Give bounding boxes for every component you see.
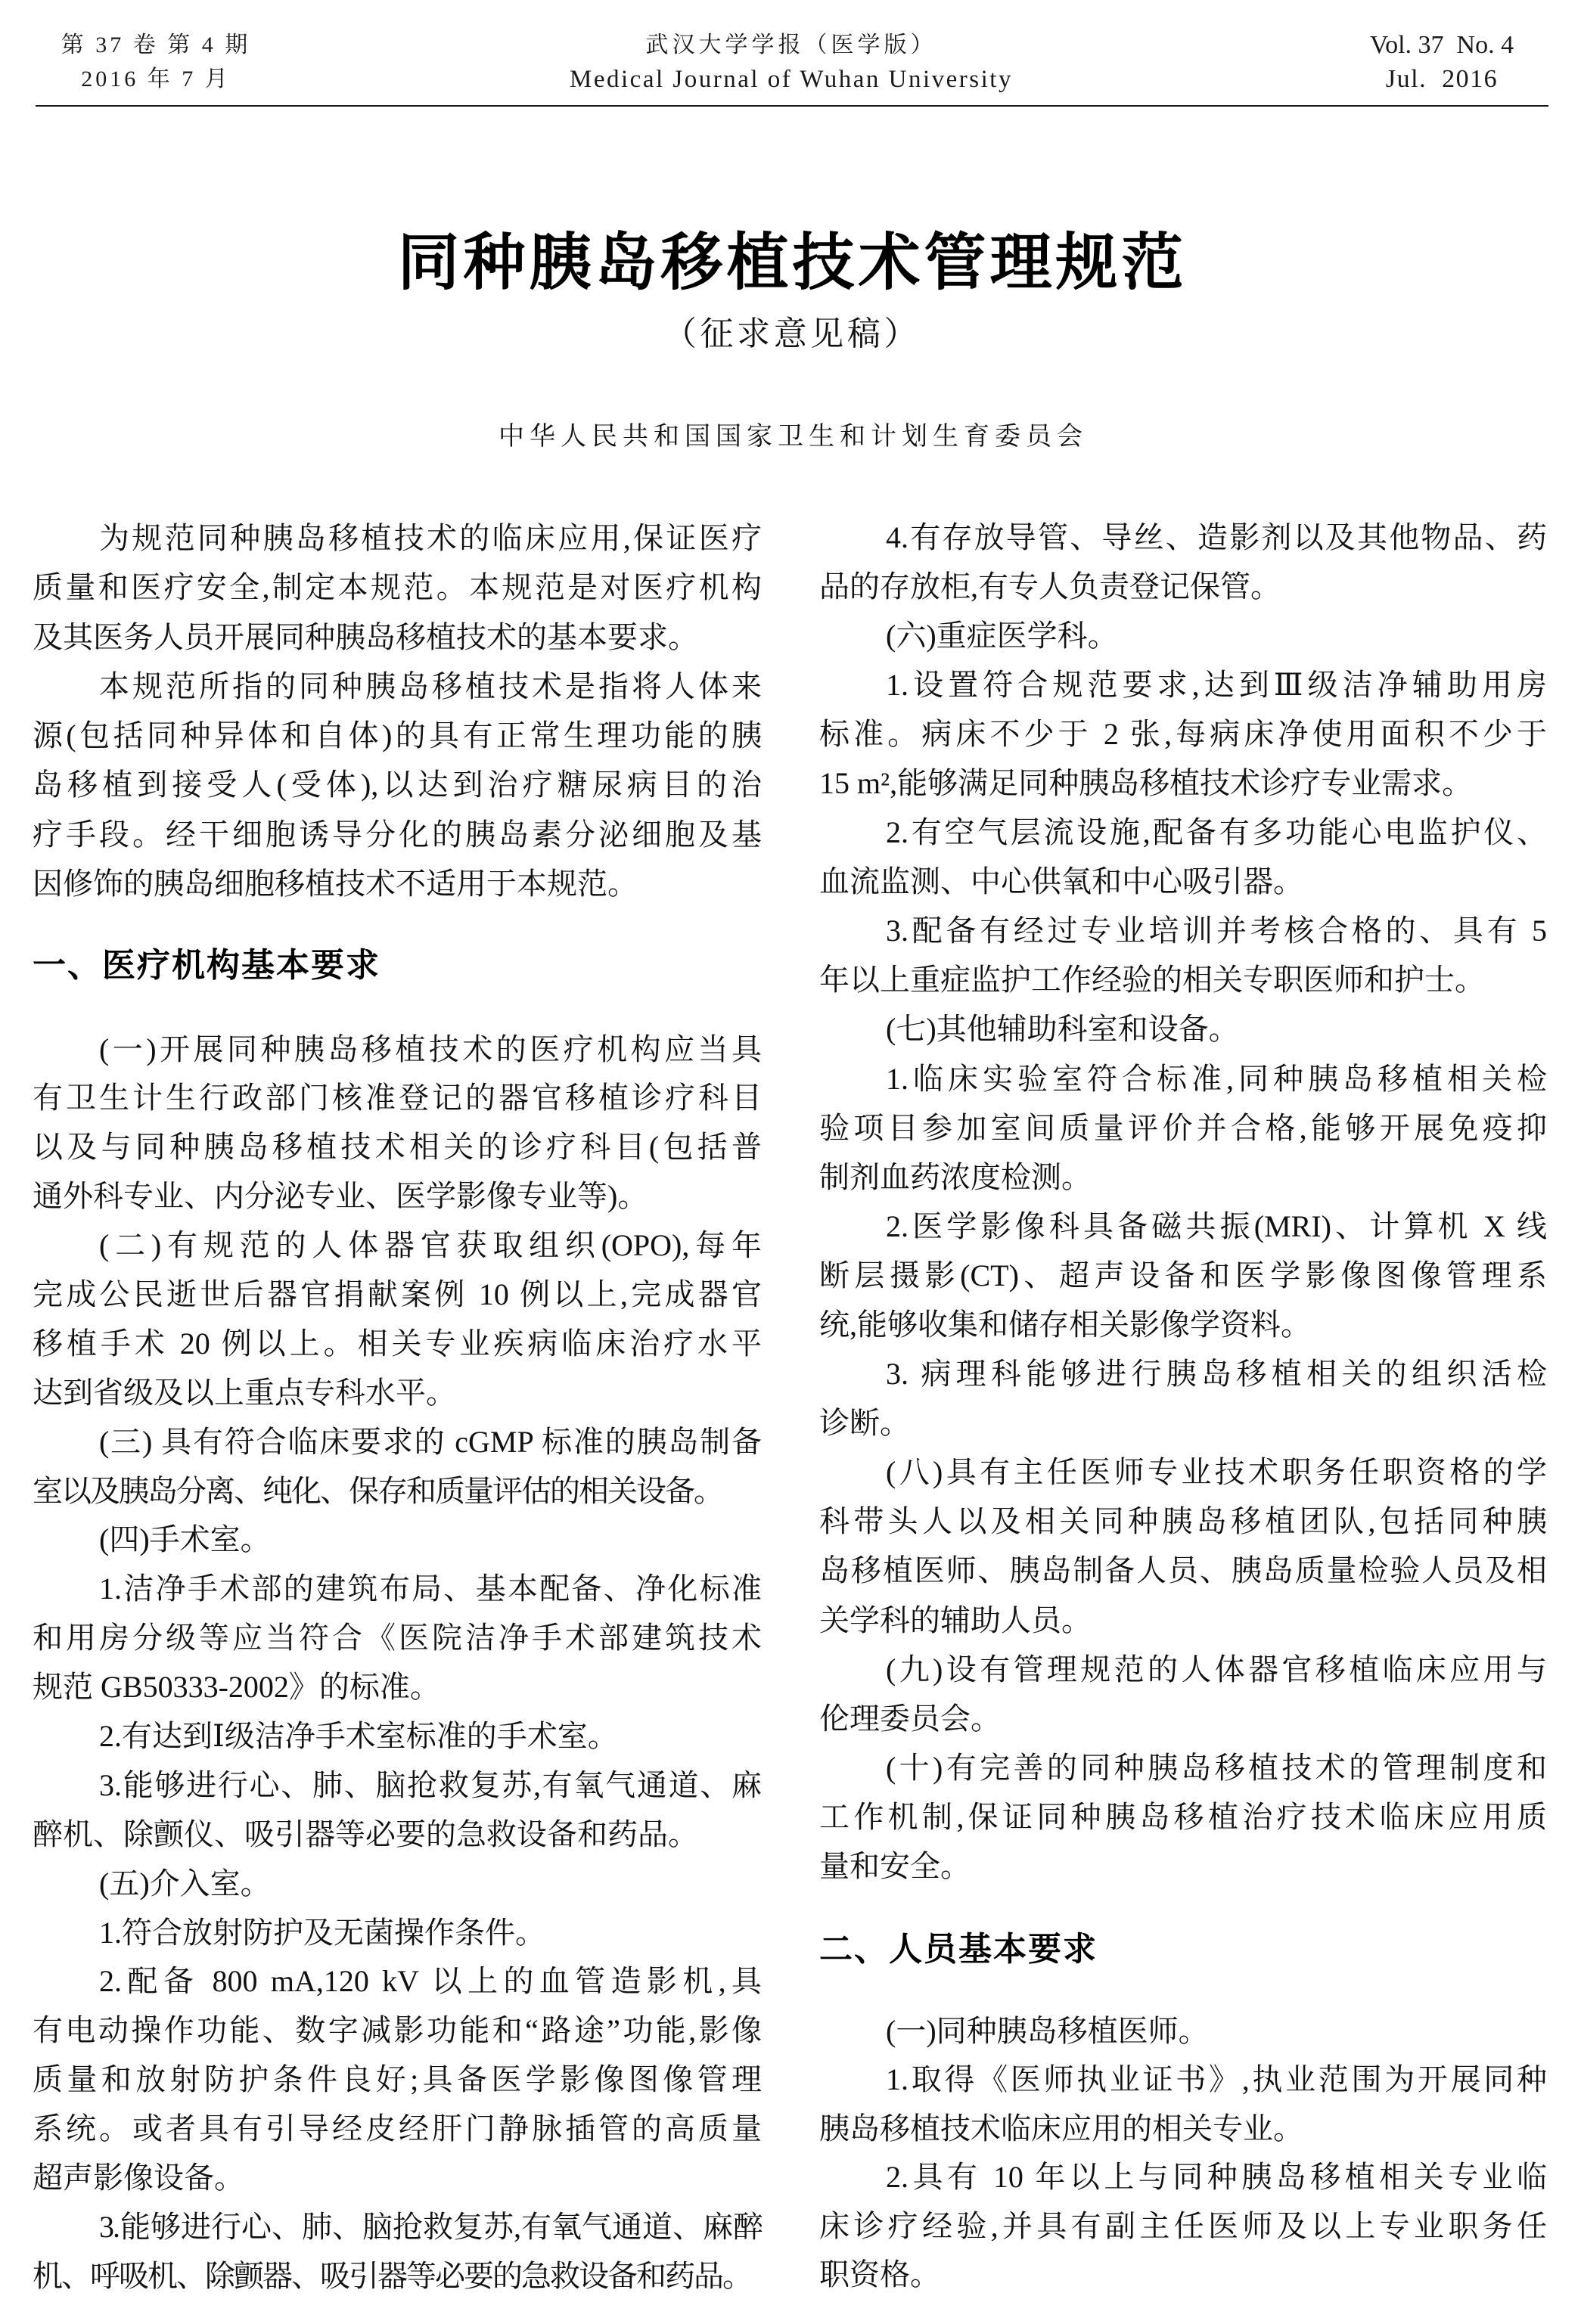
section-heading-1: 一、医疗机构基本要求 bbox=[33, 939, 380, 992]
text-line: 岛移植医师、胰岛制备人员、胰岛质量检验人员及相 bbox=[819, 1546, 1547, 1595]
text-line: 工作机制,保证同种胰岛移植治疗技术临床应用质 bbox=[819, 1792, 1547, 1842]
text-line: 职资格。 bbox=[819, 2251, 1547, 2300]
text-line: 1.洁净手术部的建筑布局、基本配备、净化标准 bbox=[33, 1565, 762, 1614]
text-line: 关学科的辅助人员。 bbox=[819, 1596, 1547, 1645]
text-line: 规范 GB50333-2002》的标准。 bbox=[33, 1663, 762, 1712]
text-line: 品的存放柜,有专人负责登记保管。 bbox=[819, 562, 1547, 611]
text-line: 3.配备有经过专业培训并考核合格的、具有 5 bbox=[819, 906, 1547, 955]
text-line: 源(包括同种异体和自体)的具有正常生理功能的胰 bbox=[33, 711, 762, 760]
text-line: 2.有空气层流设施,配备有多功能心电监护仪、 bbox=[819, 808, 1547, 857]
text-line: 断层摄影(CT)、超声设备和医学影像图像管理系 bbox=[819, 1251, 1547, 1300]
text-line: 醉机、除颤仪、吸引器等必要的急救设备和药品。 bbox=[33, 1810, 762, 1860]
text-line: 及其医务人员开展同种胰岛移植技术的基本要求。 bbox=[33, 613, 762, 662]
text-line: 因修饰的胰岛细胞移植技术不适用于本规范。 bbox=[33, 859, 762, 908]
text-line: 标准。病床不少于 2 张,每病床净使用面积不少于 bbox=[819, 709, 1547, 759]
text-line: 2.医学影像科具备磁共振(MRI)、计算机 X 线 bbox=[819, 1202, 1547, 1251]
text-line: 血流监测、中心供氧和中心吸引器。 bbox=[819, 857, 1547, 906]
text-line: 15 m²,能够满足同种胰岛移植技术诊疗专业需求。 bbox=[819, 759, 1547, 808]
text-line: 2.有达到Ⅰ级洁净手术室标准的手术室。 bbox=[33, 1712, 762, 1761]
text-line: 验项目参加室间质量评价并合格,能够开展免疫抑 bbox=[819, 1103, 1547, 1153]
text-line: (六)重症医学科。 bbox=[819, 611, 1547, 660]
text-line: 疗手段。经干细胞诱导分化的胰岛素分泌细胞及基 bbox=[33, 810, 762, 859]
text-line: 达到省级及以上重点专科水平。 bbox=[33, 1369, 762, 1418]
journal-page: 第 37 卷 第 4 期 2016 年 7 月 武汉大学学报（医学版） Medi… bbox=[0, 0, 1581, 2324]
text-line: 3.能够进行心、肺、脑抢救复苏,有氧气通道、麻 bbox=[33, 1761, 762, 1810]
text-line: 为规范同种胰岛移植技术的临床应用,保证医疗 bbox=[33, 514, 762, 563]
text-line: 室以及胰岛分离、纯化、保存和质量评估的相关设备。 bbox=[33, 1467, 762, 1516]
text-line: 床诊疗经验,并具有副主任医师及以上专业职务任 bbox=[819, 2202, 1547, 2251]
text-line: (九)设有管理规范的人体器官移植临床应用与 bbox=[819, 1645, 1547, 1694]
text-line: 量和安全。 bbox=[819, 1842, 1547, 1891]
text-line: 机、呼吸机、除颤器、吸引器等必要的急救设备和药品。 bbox=[33, 2252, 762, 2301]
text-line: 和用房分级等应当符合《医院洁净手术部建筑技术 bbox=[33, 1614, 762, 1663]
text-line: (二)有规范的人体器官获取组织(OPO),每年 bbox=[33, 1221, 762, 1271]
text-line: 质量和医疗安全,制定本规范。本规范是对医疗机构 bbox=[33, 563, 762, 612]
text-line: (一)开展同种胰岛移植技术的医疗机构应当具 bbox=[33, 1025, 762, 1075]
text-line: (七)其他辅助科室和设备。 bbox=[819, 1004, 1547, 1053]
intro-paragraphs: 为规范同种胰岛移植技术的临床应用,保证医疗 质量和医疗安全,制定本规范。本规范是… bbox=[33, 514, 762, 908]
text-line: 岛移植到接受人(受体),以达到治疗糖尿病目的治 bbox=[33, 760, 762, 809]
text-line: 2.配备 800 mA,120 kV 以上的血管造影机,具 bbox=[33, 1957, 762, 2006]
left-column: 为规范同种胰岛移植技术的临床应用,保证医疗 质量和医疗安全,制定本规范。本规范是… bbox=[33, 0, 762, 2324]
text-line: 1.取得《医师执业证书》,执业范围为开展同种 bbox=[819, 2056, 1547, 2105]
text-line: 2.具有 10 年以上与同种胰岛移植相关专业临 bbox=[819, 2153, 1547, 2202]
text-line: 制剂血药浓度检测。 bbox=[819, 1153, 1547, 1202]
section-1-paragraphs-left: (一)开展同种胰岛移植技术的医疗机构应当具 有卫生计生行政部门核准登记的器官移植… bbox=[33, 1025, 762, 2301]
text-line: 有卫生计生行政部门核准登记的器官移植诊疗科目 bbox=[33, 1074, 762, 1123]
section-1-paragraphs-right: 4.有存放导管、导丝、造影剂以及其他物品、药 品的存放柜,有专人负责登记保管。 … bbox=[819, 513, 1547, 1891]
text-line: 科带头人以及相关同种胰岛移植团队,包括同种胰 bbox=[819, 1497, 1547, 1546]
right-column: 4.有存放导管、导丝、造影剂以及其他物品、药 品的存放柜,有专人负责登记保管。 … bbox=[819, 0, 1547, 2324]
text-line: 有电动操作功能、数字减影功能和“路途”功能,影像 bbox=[33, 2006, 762, 2056]
text-line: (十)有完善的同种胰岛移植技术的管理制度和 bbox=[819, 1743, 1547, 1792]
text-line: 移植手术 20 例以上。相关专业疾病临床治疗水平 bbox=[33, 1320, 762, 1369]
text-line: 通外科专业、内分泌专业、医学影像专业等)。 bbox=[33, 1172, 762, 1221]
text-line: 质量和放射防护条件良好;具备医学影像图像管理 bbox=[33, 2056, 762, 2105]
text-line: (八)具有主任医师专业技术职务任职资格的学 bbox=[819, 1447, 1547, 1497]
text-line: (三) 具有符合临床要求的 cGMP 标准的胰岛制备 bbox=[33, 1418, 762, 1467]
text-line: 4.有存放导管、导丝、造影剂以及其他物品、药 bbox=[819, 513, 1547, 562]
text-line: (五)介入室。 bbox=[33, 1860, 762, 1909]
section-2-paragraphs: (一)同种胰岛移植医师。 1.取得《医师执业证书》,执业范围为开展同种 胰岛移植… bbox=[819, 2007, 1547, 2300]
text-line: 诊断。 bbox=[819, 1398, 1547, 1447]
text-line: (四)手术室。 bbox=[33, 1516, 762, 1565]
text-line: 以及与同种胰岛移植技术相关的诊疗科目(包括普 bbox=[33, 1123, 762, 1172]
text-line: 完成公民逝世后器官捐献案例 10 例以上,完成器官 bbox=[33, 1271, 762, 1320]
text-line: 1.符合放射防护及无菌操作条件。 bbox=[33, 1909, 762, 1958]
text-line: 年以上重症监护工作经验的相关专职医师和护士。 bbox=[819, 955, 1547, 1004]
text-line: (一)同种胰岛移植医师。 bbox=[819, 2007, 1547, 2056]
text-line: 本规范所指的同种胰岛移植技术是指将人体来 bbox=[33, 662, 762, 711]
text-line: 统,能够收集和储存相关影像学资料。 bbox=[819, 1300, 1547, 1349]
section-heading-2: 二、人员基本要求 bbox=[819, 1923, 1098, 1976]
text-line: 伦理委员会。 bbox=[819, 1694, 1547, 1743]
text-line: 系统。或者具有引导经皮经肝门静脉插管的高质量 bbox=[33, 2105, 762, 2154]
text-line: 3. 病理科能够进行胰岛移植相关的组织活检 bbox=[819, 1349, 1547, 1398]
text-line: 胰岛移植技术临床应用的相关专业。 bbox=[819, 2105, 1547, 2154]
text-line: 1.设置符合规范要求,达到Ⅲ级洁净辅助用房 bbox=[819, 660, 1547, 709]
text-line: 1.临床实验室符合标准,同种胰岛移植相关检 bbox=[819, 1054, 1547, 1103]
text-line: 超声影像设备。 bbox=[33, 2154, 762, 2203]
text-line: 3.能够进行心、肺、脑抢救复苏,有氧气通道、麻醉 bbox=[33, 2203, 762, 2252]
